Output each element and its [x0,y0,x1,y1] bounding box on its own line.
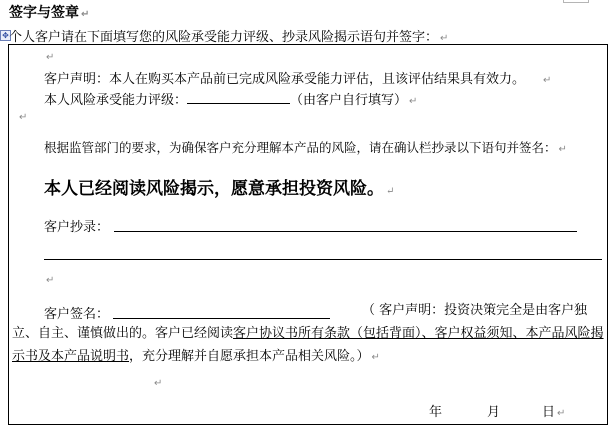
paragraph-mark: ↵ [154,378,162,389]
statement-to-copy: 本人已经阅读风险揭示，愿意承担投资风险。↵ [44,174,394,199]
paragraph-mark: ↵ [46,275,54,286]
copy-field-line-1[interactable] [114,231,577,232]
risk-rating-label: 本人风险承受能力评级： [44,93,187,108]
risk-rating-field[interactable] [187,91,290,104]
customer-declaration-2: （ 客户声明：投资决策完全是由客户独立、自主、谨慎做出的。客户已经阅读客户协议书… [12,299,604,369]
copy-field-line-2[interactable] [44,259,602,260]
copy-label: 客户抄录： [44,216,109,235]
regulatory-text: 根据监管部门的要求，为确保客户充分理解本产品的风险，请在确认栏抄录以下语句并签名… [44,138,567,156]
date-year: 年 [429,401,442,420]
paragraph-mark: ↵ [46,52,54,63]
intro-text: 个人客户请在下面填写您的风险承受能力评级、抄录风险揭示语句并签字：↵ [9,26,448,45]
date-month: 月 [487,401,500,420]
risk-rating-note: （由客户自行填写） [290,93,407,108]
risk-rating-row: 本人风险承受能力评级：（由客户自行填写）↵ [44,89,417,108]
date-day: 日↵ [542,401,565,420]
section-heading: 签字与签章↵ [9,2,89,22]
paragraph-mark: ↵ [19,112,27,123]
page-corner-mark [563,0,589,3]
customer-declaration: 客户声明：本人在购买本产品前已完成风险承受能力评估，且该评估结果具有效力。↵ [44,68,551,87]
